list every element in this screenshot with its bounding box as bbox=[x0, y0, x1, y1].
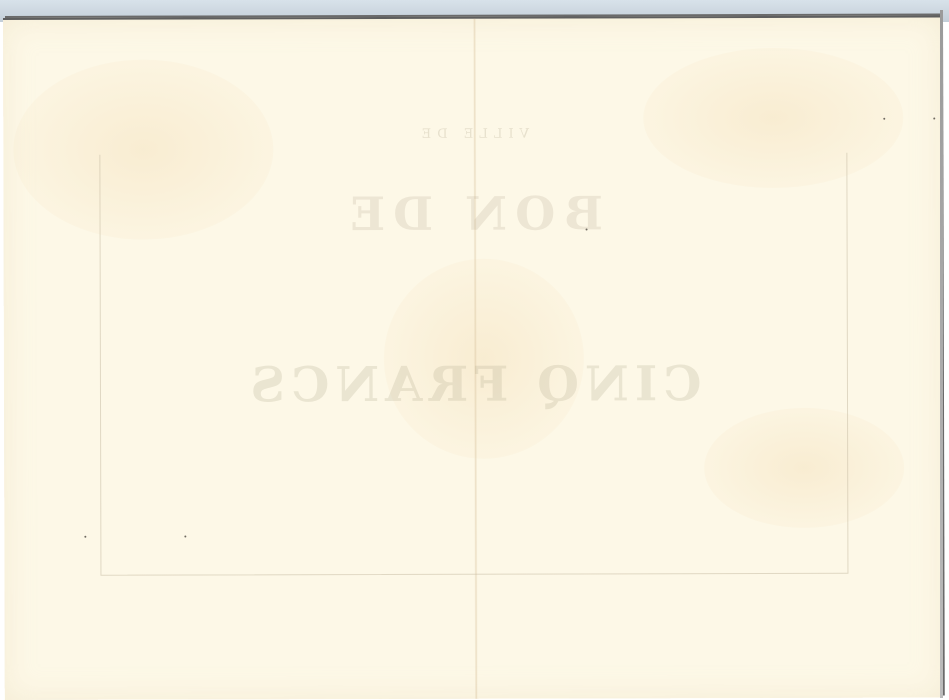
paper-speck bbox=[184, 536, 186, 538]
banknote-paper: VILLE DE BON DE CINQ FRANCS bbox=[3, 16, 943, 700]
paper-speck bbox=[586, 228, 588, 230]
paper-speck bbox=[84, 536, 86, 538]
paper-speck bbox=[883, 118, 885, 120]
show-through-amount: CINQ FRANCS bbox=[4, 356, 942, 414]
show-through-title: BON DE bbox=[3, 186, 941, 242]
paper-speck bbox=[933, 118, 935, 120]
paper-right-edge-shadow bbox=[940, 10, 943, 698]
show-through-header: VILLE DE bbox=[3, 126, 941, 143]
